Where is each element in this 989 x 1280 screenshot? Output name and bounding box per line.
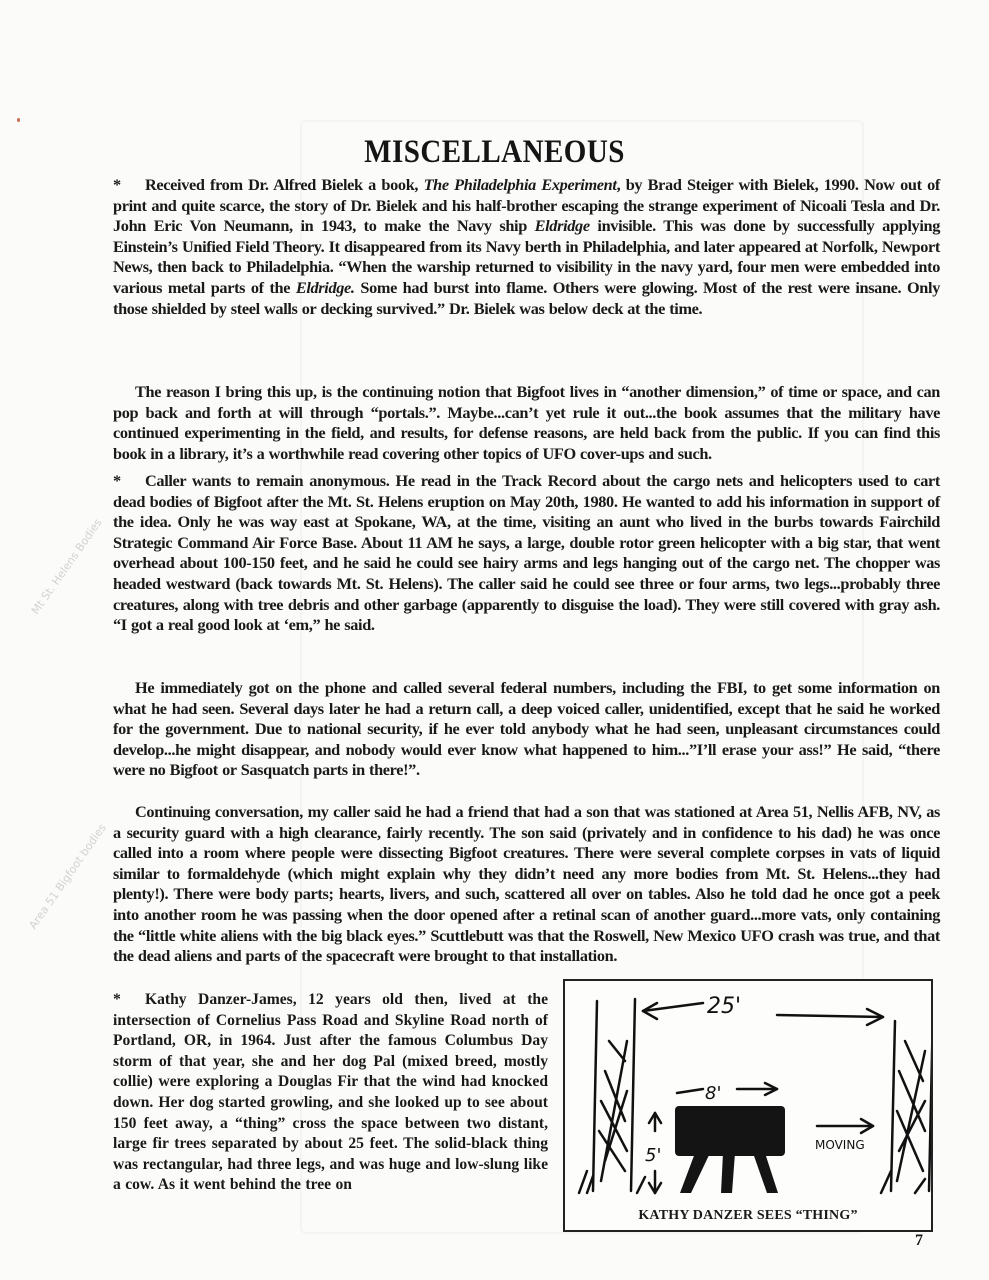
thing-sketch-figure: 25' 8' 5' MOVING KATHY DANZER SEES “THIN…	[563, 979, 933, 1232]
text-run: Received from Dr. Alfred Bielek a book,	[145, 175, 424, 194]
paragraph-anonymous-caller: *Caller wants to remain anonymous. He re…	[113, 471, 940, 636]
margin-note-area51: Area 51 Bigfoot bodies	[26, 821, 109, 931]
paragraph-philadelphia-experiment: *Received from Dr. Alfred Bielek a book,…	[113, 175, 940, 319]
italic-title: Eldridge.	[296, 278, 355, 297]
italic-title: The Philadelphia Experiment	[424, 175, 617, 194]
svg-text:8': 8'	[705, 1083, 721, 1104]
text-run: Continuing conversation, my caller said …	[113, 802, 940, 965]
page-title: MISCELLANEOUS	[59, 134, 929, 171]
paper-speck	[17, 118, 20, 122]
sketch-illustration: 25' 8' 5' MOVING	[565, 981, 931, 1201]
page-number: 7	[915, 1232, 923, 1250]
paragraph-area-51: Continuing conversation, my caller said …	[113, 802, 940, 967]
figure-caption: KATHY DANZER SEES “THING”	[565, 1208, 931, 1224]
text-run: Kathy Danzer-James, 12 years old then, l…	[113, 991, 548, 1193]
bullet-asterisk: *	[113, 471, 145, 492]
italic-title: Eldridge	[535, 216, 590, 235]
text-run: He immediately got on the phone and call…	[113, 678, 940, 779]
svg-text:5': 5'	[645, 1145, 661, 1166]
text-run: Caller wants to remain anonymous. He rea…	[113, 471, 940, 634]
text-run: The reason I bring this up, is the conti…	[113, 382, 940, 463]
paragraph-kathy-danzer: *Kathy Danzer-James, 12 years old then, …	[113, 990, 548, 1196]
bullet-asterisk: *	[113, 990, 145, 1011]
bullet-asterisk: *	[113, 175, 145, 196]
svg-text:25': 25'	[707, 994, 741, 1019]
paragraph-federal-call: He immediately got on the phone and call…	[113, 678, 940, 781]
svg-text:MOVING: MOVING	[815, 1138, 865, 1152]
paragraph-another-dimension: The reason I bring this up, is the conti…	[113, 382, 940, 464]
margin-note-helens: Mt St. Helens Bodies	[29, 516, 105, 616]
